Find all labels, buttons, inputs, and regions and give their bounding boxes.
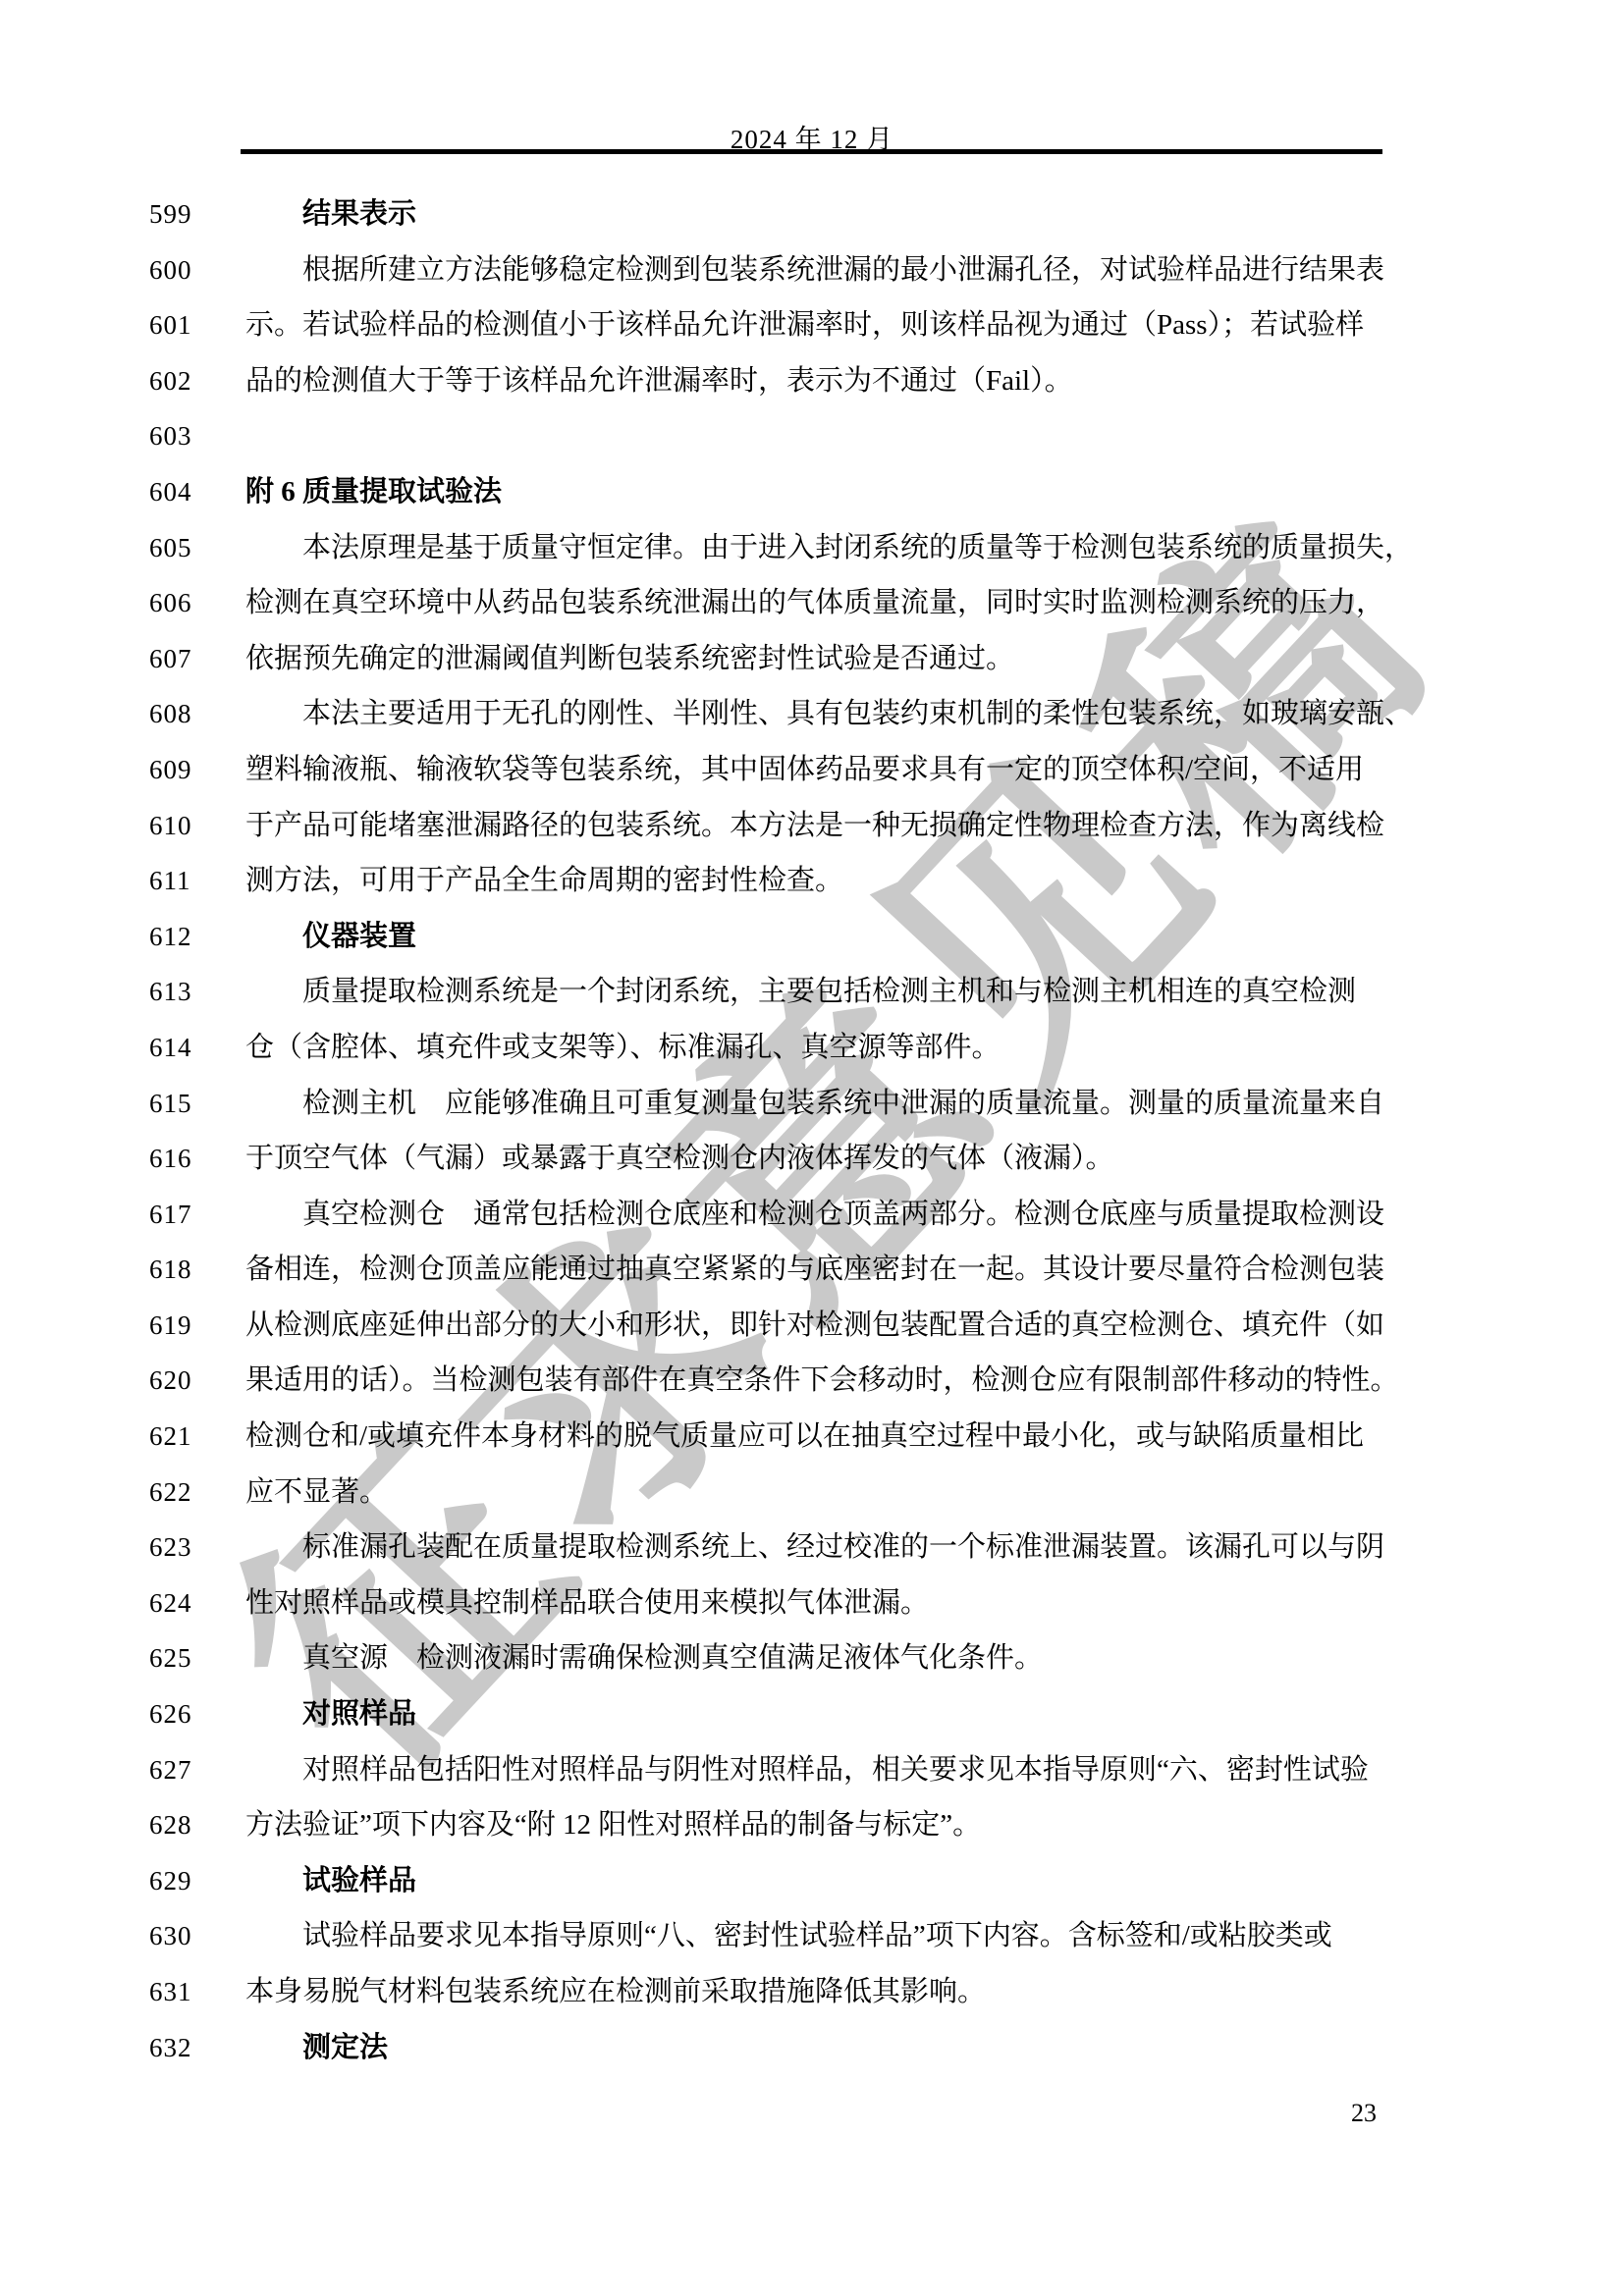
- line-text: 根据所建立方法能够稳定检测到包装系统泄漏的最小泄漏孔径，对试验样品进行结果表: [302, 242, 1384, 298]
- line-text: 仪器装置: [302, 909, 416, 965]
- document-line: 616 于顶空气体（气漏）或暴露于真空检测仓内液体挥发的气体（液漏）。: [0, 1131, 1624, 1187]
- line-number: 600: [149, 242, 192, 298]
- document-line: 602 品的检测值大于等于该样品允许泄漏率时，表示为不通过（Fail）。: [0, 353, 1624, 409]
- line-number: 621: [149, 1409, 192, 1465]
- line-number: 607: [149, 631, 192, 687]
- line-number: 632: [149, 2020, 192, 2076]
- line-number: 602: [149, 353, 192, 409]
- document-body: 599 结果表示 600 根据所建立方法能够稳定检测到包装系统泄漏的最小泄漏孔径…: [0, 187, 1624, 2075]
- document-line: 606 检测在真空环境中从药品包装系统泄漏出的气体质量流量，同时实时监测检测系统…: [0, 575, 1624, 631]
- line-text: 本法原理是基于质量守恒定律。由于进入封闭系统的质量等于检测包装系统的质量损失，: [302, 520, 1413, 576]
- document-line: 614 仓（含腔体、填充件或支架等）、标准漏孔、真空源等部件。: [0, 1020, 1624, 1076]
- line-text: 果适用的话）。当检测包装有部件在真空条件下会移动时，检测仓应有限制部件移动的特性…: [245, 1353, 1394, 1409]
- line-number: 628: [149, 1797, 192, 1853]
- line-number: 611: [149, 853, 191, 909]
- line-text: 依据预先确定的泄漏阈值判断包装系统密封性试验是否通过。: [245, 631, 1014, 687]
- line-text: 真空源 检测液漏时需确保检测真空值满足液体气化条件。: [302, 1630, 1043, 1686]
- line-number: 603: [149, 408, 192, 464]
- line-text: 备相连，检测仓顶盖应能通过抽真空紧紧的与底座密封在一起。其设计要尽量符合检测包装: [245, 1242, 1384, 1298]
- line-number: 631: [149, 1964, 192, 2020]
- line-text: 真空检测仓 通常包括检测仓底座和检测仓顶盖两部分。检测仓底座与质量提取检测设: [302, 1187, 1384, 1243]
- document-line: 632 测定法: [0, 2020, 1624, 2076]
- line-number: 614: [149, 1020, 192, 1076]
- document-line: 618 备相连，检测仓顶盖应能通过抽真空紧紧的与底座密封在一起。其设计要尽量符合…: [0, 1242, 1624, 1298]
- line-number: 608: [149, 686, 192, 742]
- document-line: 629 试验样品: [0, 1853, 1624, 1909]
- document-line: 600 根据所建立方法能够稳定检测到包装系统泄漏的最小泄漏孔径，对试验样品进行结…: [0, 242, 1624, 298]
- line-text: 仓（含腔体、填充件或支架等）、标准漏孔、真空源等部件。: [245, 1020, 1001, 1076]
- document-line: 631 本身易脱气材料包装系统应在检测前采取措施降低其影响。: [0, 1964, 1624, 2020]
- line-number: 626: [149, 1686, 192, 1742]
- line-number: 618: [149, 1242, 192, 1298]
- line-text: 对照样品: [302, 1686, 416, 1742]
- document-line: 611 测方法，可用于产品全生命周期的密封性检查。: [0, 853, 1624, 909]
- line-text: 测定法: [302, 2020, 388, 2076]
- line-text: 应不显著。: [245, 1465, 388, 1521]
- line-text: 本法主要适用于无孔的刚性、半刚性、具有包装约束机制的柔性包装系统，如玻璃安瓿、: [302, 686, 1413, 742]
- line-number: 613: [149, 964, 192, 1020]
- line-number: 606: [149, 575, 192, 631]
- document-page: 2024 年 12 月 征求意见稿 599 结果表示 600 根据所建立方法能够…: [0, 0, 1624, 2296]
- line-text: 测方法，可用于产品全生命周期的密封性检查。: [245, 853, 843, 909]
- document-line: 609 塑料输液瓶、输液软袋等包装系统，其中固体药品要求具有一定的顶空体积/空间…: [0, 742, 1624, 798]
- line-number: 612: [149, 909, 192, 965]
- line-number: 627: [149, 1742, 192, 1798]
- line-text: 性对照样品或模具控制样品联合使用来模拟气体泄漏。: [245, 1575, 929, 1631]
- document-line: 630 试验样品要求见本指导原则“八、密封性试验样品”项下内容。含标签和/或粘胶…: [0, 1908, 1624, 1964]
- page-number: 23: [1351, 2099, 1377, 2128]
- document-line: 603: [0, 408, 1624, 464]
- line-number: 599: [149, 187, 192, 242]
- line-text: 本身易脱气材料包装系统应在检测前采取措施降低其影响。: [245, 1964, 986, 2020]
- line-number: 617: [149, 1187, 192, 1243]
- document-line: 617 真空检测仓 通常包括检测仓底座和检测仓顶盖两部分。检测仓底座与质量提取检…: [0, 1187, 1624, 1243]
- line-text: 检测在真空环境中从药品包装系统泄漏出的气体质量流量，同时实时监测检测系统的压力，: [245, 575, 1384, 631]
- line-text: 示。若试验样品的检测值小于该样品允许泄漏率时，则该样品视为通过（Pass）；若试…: [245, 297, 1364, 353]
- document-line: 604 附 6 质量提取试验法: [0, 464, 1624, 520]
- document-line: 622 应不显著。: [0, 1465, 1624, 1521]
- line-number: 622: [149, 1465, 192, 1521]
- document-line: 628 方法验证”项下内容及“附 12 阳性对照样品的制备与标定”。: [0, 1797, 1624, 1853]
- document-line: 626 对照样品: [0, 1686, 1624, 1742]
- document-line: 624 性对照样品或模具控制样品联合使用来模拟气体泄漏。: [0, 1575, 1624, 1631]
- line-text: 检测主机 应能够准确且可重复测量包装系统中泄漏的质量流量。测量的质量流量来自: [302, 1076, 1384, 1132]
- line-number: 616: [149, 1131, 192, 1187]
- line-number: 615: [149, 1076, 192, 1132]
- line-number: 609: [149, 742, 192, 798]
- line-number: 630: [149, 1908, 192, 1964]
- document-line: 608 本法主要适用于无孔的刚性、半刚性、具有包装约束机制的柔性包装系统，如玻璃…: [0, 686, 1624, 742]
- line-text: 标准漏孔装配在质量提取检测系统上、经过校准的一个标准泄漏装置。该漏孔可以与阴: [302, 1520, 1384, 1575]
- document-line: 623 标准漏孔装配在质量提取检测系统上、经过校准的一个标准泄漏装置。该漏孔可以…: [0, 1520, 1624, 1575]
- line-number: 624: [149, 1575, 192, 1631]
- document-line: 625 真空源 检测液漏时需确保检测真空值满足液体气化条件。: [0, 1630, 1624, 1686]
- line-number: 625: [149, 1630, 192, 1686]
- line-text: 对照样品包括阳性对照样品与阴性对照样品，相关要求见本指导原则“六、密封性试验: [302, 1742, 1369, 1798]
- line-number: 619: [149, 1298, 192, 1354]
- document-line: 621 检测仓和/或填充件本身材料的脱气质量应可以在抽真空过程中最小化，或与缺陷…: [0, 1409, 1624, 1465]
- line-text: 结果表示: [302, 187, 416, 242]
- line-number: 610: [149, 798, 192, 854]
- document-line: 612 仪器装置: [0, 909, 1624, 965]
- line-number: 601: [149, 297, 192, 353]
- document-line: 599 结果表示: [0, 187, 1624, 242]
- line-text: 附 6 质量提取试验法: [245, 464, 502, 520]
- document-line: 605 本法原理是基于质量守恒定律。由于进入封闭系统的质量等于检测包装系统的质量…: [0, 520, 1624, 576]
- line-text: 质量提取检测系统是一个封闭系统，主要包括检测主机和与检测主机相连的真空检测: [302, 964, 1356, 1020]
- header-rule: [241, 149, 1382, 154]
- line-text: 检测仓和/或填充件本身材料的脱气质量应可以在抽真空过程中最小化，或与缺陷质量相比: [245, 1409, 1364, 1465]
- line-text: 试验样品要求见本指导原则“八、密封性试验样品”项下内容。含标签和/或粘胶类或: [302, 1908, 1332, 1964]
- document-line: 601 示。若试验样品的检测值小于该样品允许泄漏率时，则该样品视为通过（Pass…: [0, 297, 1624, 353]
- line-number: 604: [149, 464, 192, 520]
- document-line: 607 依据预先确定的泄漏阈值判断包装系统密封性试验是否通过。: [0, 631, 1624, 687]
- document-line: 613 质量提取检测系统是一个封闭系统，主要包括检测主机和与检测主机相连的真空检…: [0, 964, 1624, 1020]
- document-line: 615 检测主机 应能够准确且可重复测量包装系统中泄漏的质量流量。测量的质量流量…: [0, 1076, 1624, 1132]
- line-text: 从检测底座延伸出部分的大小和形状，即针对检测包装配置合适的真空检测仓、填充件（如: [245, 1298, 1384, 1354]
- line-text: 方法验证”项下内容及“附 12 阳性对照样品的制备与标定”。: [245, 1797, 981, 1853]
- line-text: 于顶空气体（气漏）或暴露于真空检测仓内液体挥发的气体（液漏）。: [245, 1131, 1114, 1187]
- document-line: 620 果适用的话）。当检测包装有部件在真空条件下会移动时，检测仓应有限制部件移…: [0, 1353, 1624, 1409]
- line-number: 605: [149, 520, 192, 576]
- document-line: 627 对照样品包括阳性对照样品与阴性对照样品，相关要求见本指导原则“六、密封性…: [0, 1742, 1624, 1798]
- document-line: 610 于产品可能堵塞泄漏路径的包装系统。本方法是一种无损确定性物理检查方法，作…: [0, 798, 1624, 854]
- line-number: 623: [149, 1520, 192, 1575]
- document-line: 619 从检测底座延伸出部分的大小和形状，即针对检测包装配置合适的真空检测仓、填…: [0, 1298, 1624, 1354]
- line-number: 629: [149, 1853, 192, 1909]
- line-text: 试验样品: [302, 1853, 416, 1909]
- line-text: 品的检测值大于等于该样品允许泄漏率时，表示为不通过（Fail）。: [245, 353, 1073, 409]
- line-text: 于产品可能堵塞泄漏路径的包装系统。本方法是一种无损确定性物理检查方法，作为离线检: [245, 798, 1384, 854]
- line-text: 塑料输液瓶、输液软袋等包装系统，其中固体药品要求具有一定的顶空体积/空间，不适用: [245, 742, 1364, 798]
- line-number: 620: [149, 1353, 192, 1409]
